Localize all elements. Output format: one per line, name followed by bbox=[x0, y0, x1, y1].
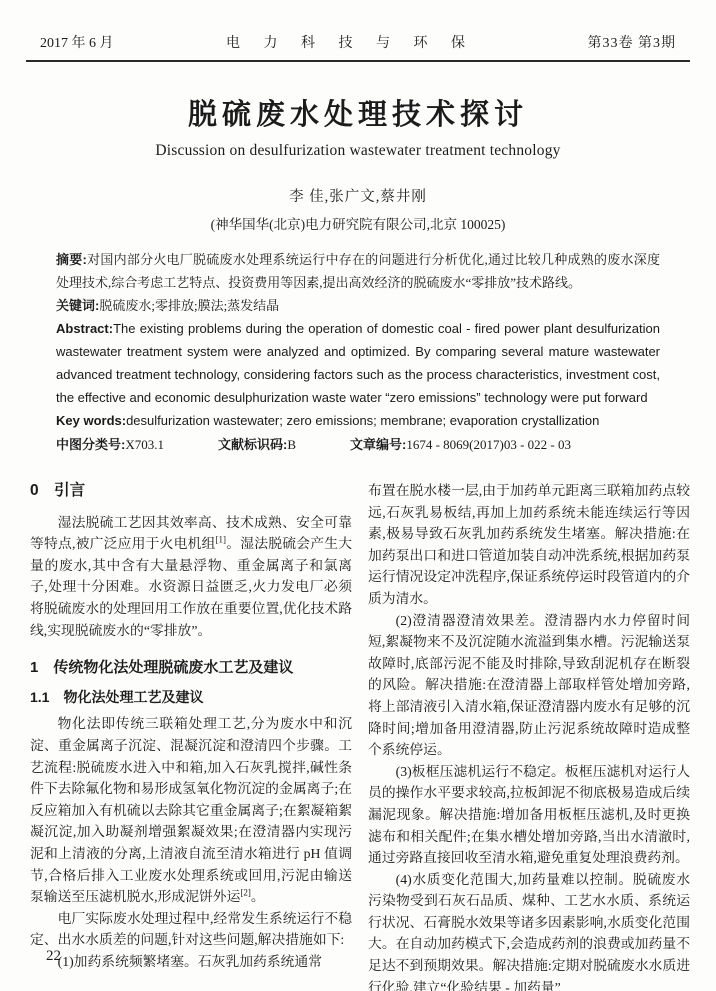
journal-name: 电 力 科 技 与 环 保 bbox=[226, 32, 475, 52]
section-1-1-heading: 1.1 物化法处理工艺及建议 bbox=[30, 687, 352, 709]
keywords-cn-label: 关键词: bbox=[56, 298, 99, 313]
right-column: 布置在脱水楼一层,由于加药单元距离三联箱加药点较远,石灰乳易板结,再加上加药系统… bbox=[368, 480, 690, 991]
abstract-en-label: Abstract: bbox=[56, 321, 113, 336]
s11-text-2: 。 bbox=[251, 889, 265, 904]
keywords-en: Key words:desulfurization wastewater; ze… bbox=[56, 409, 660, 432]
keywords-cn: 关键词:脱硫废水;零排放;膜法;蒸发结晶 bbox=[56, 294, 660, 317]
section-1-1-paragraph-1: 物化法即传统三联箱处理工艺,分为废水中和沉淀、重金属离子沉淀、混凝沉淀和澄清四个… bbox=[30, 713, 352, 907]
classification-row: 中图分类号:X703.1 文献标识码:B 文章编号:1674 - 8069(20… bbox=[56, 433, 660, 456]
clc-label: 中图分类号: bbox=[56, 437, 125, 452]
abstract-cn: 摘要:对国内部分火电厂脱硫废水处理系统运行中存在的问题进行分析优化,通过比较几种… bbox=[56, 248, 660, 294]
intro-text-2: 。湿法脱硫会产生大量的废水,其中含有大量悬浮物、重金属离子和氯离子,处理十分困难… bbox=[30, 536, 352, 637]
right-paragraph-1: 布置在脱水楼一层,由于加药单元距离三联箱加药点较远,石灰乳易板结,再加上加药系统… bbox=[368, 480, 690, 610]
clc-number: 中图分类号:X703.1 bbox=[56, 433, 164, 456]
body-columns: 0 引言 湿法脱硫工艺因其效率高、技术成熟、安全可靠等特点,被广泛应用于火电机组… bbox=[30, 480, 690, 991]
affiliation: (神华国华(北京)电力研究院有限公司,北京 100025) bbox=[0, 213, 716, 233]
journal-date: 2017 年 6 月 bbox=[40, 32, 114, 52]
intro-paragraph: 湿法脱硫工艺因其效率高、技术成熟、安全可靠等特点,被广泛应用于火电机组[1]。湿… bbox=[30, 512, 352, 642]
section-0-heading: 0 引言 bbox=[30, 480, 352, 502]
right-paragraph-4: (4)水质变化范围大,加药量难以控制。脱硫废水污染物受到石灰石品质、煤种、工艺水… bbox=[368, 869, 690, 991]
article-title-en: Discussion on desulfurization wastewater… bbox=[0, 142, 716, 160]
reference-1-marker: [1] bbox=[216, 535, 227, 545]
abstract-cn-label: 摘要: bbox=[56, 252, 87, 267]
page-number: 22 bbox=[46, 948, 61, 965]
paper-page: 2017 年 6 月 电 力 科 技 与 环 保 第33卷 第3期 脱硫废水处理… bbox=[0, 0, 716, 991]
right-paragraph-3: (3)板框压滤机运行不稳定。板框压滤机对运行人员的操作水平要求较高,拉板卸泥不彻… bbox=[368, 761, 690, 869]
front-matter: 摘要:对国内部分火电厂脱硫废水处理系统运行中存在的问题进行分析优化,通过比较几种… bbox=[56, 248, 660, 432]
right-paragraph-2: (2)澄清器澄清效果差。澄清器内水力停留时间短,絮凝物来不及沉淀随水流溢到集水槽… bbox=[368, 610, 690, 761]
keywords-en-label: Key words: bbox=[56, 413, 126, 428]
article-title: 脱硫废水处理技术探讨 bbox=[0, 92, 716, 133]
article-id: 文章编号:1674 - 8069(2017)03 - 022 - 03 bbox=[350, 433, 571, 456]
section-1-1-paragraph-2: 电厂实际废水处理过程中,经常发生系统运行不稳定、出水水质差的问题,针对这些问题,… bbox=[30, 908, 352, 951]
section-1-1-paragraph-3: (1)加药系统频繁堵塞。石灰乳加药系统通常 bbox=[30, 951, 352, 973]
clc-value: X703.1 bbox=[125, 437, 164, 452]
abstract-cn-text: 对国内部分火电厂脱硫废水处理系统运行中存在的问题进行分析优化,通过比较几种成熟的… bbox=[56, 252, 660, 290]
article-id-value: 1674 - 8069(2017)03 - 022 - 03 bbox=[406, 437, 571, 452]
left-column: 0 引言 湿法脱硫工艺因其效率高、技术成熟、安全可靠等特点,被广泛应用于火电机组… bbox=[30, 480, 352, 991]
doc-code-value: B bbox=[287, 437, 296, 452]
article-id-label: 文章编号: bbox=[350, 437, 406, 452]
reference-2-marker: [2] bbox=[240, 888, 251, 898]
abstract-en-text: The existing problems during the operati… bbox=[56, 321, 660, 405]
journal-running-head: 2017 年 6 月 电 力 科 技 与 环 保 第33卷 第3期 bbox=[26, 0, 690, 62]
section-1-heading: 1 传统物化法处理脱硫废水工艺及建议 bbox=[30, 657, 352, 679]
doc-code-label: 文献标识码: bbox=[218, 437, 287, 452]
journal-issue: 第33卷 第3期 bbox=[588, 32, 677, 52]
s11-text-1: 物化法即传统三联箱处理工艺,分为废水中和沉淀、重金属离子沉淀、混凝沉淀和澄清四个… bbox=[30, 716, 352, 904]
abstract-en: Abstract:The existing problems during th… bbox=[56, 317, 660, 409]
keywords-cn-text: 脱硫废水;零排放;膜法;蒸发结晶 bbox=[99, 298, 279, 313]
doc-code: 文献标识码:B bbox=[218, 433, 296, 456]
keywords-en-text: desulfurization wastewater; zero emissio… bbox=[126, 413, 599, 428]
authors: 李 佳,张广文,蔡井刚 bbox=[0, 185, 716, 206]
